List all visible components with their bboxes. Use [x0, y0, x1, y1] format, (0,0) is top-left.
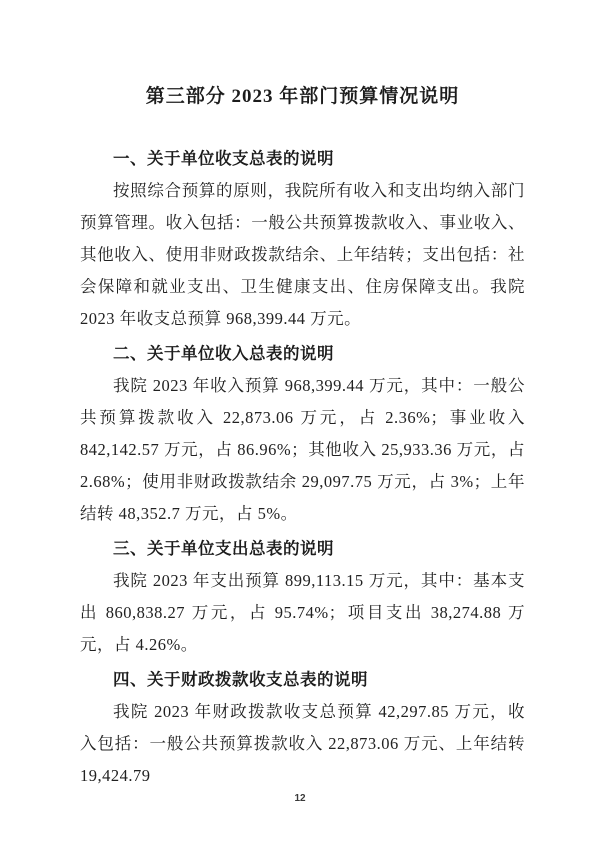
page-number: 12: [0, 793, 600, 804]
section-3-heading: 三、关于单位支出总表的说明: [80, 533, 525, 565]
section-2-paragraph: 我院 2023 年收入预算 968,399.44 万元，其中：一般公共预算拨款收…: [80, 370, 525, 530]
section-4-heading: 四、关于财政拨款收支总表的说明: [80, 664, 525, 696]
document-content: 第三部分 2023 年部门预算情况说明 一、关于单位收支总表的说明 按照综合预算…: [80, 0, 525, 792]
document-page: 第三部分 2023 年部门预算情况说明 一、关于单位收支总表的说明 按照综合预算…: [0, 0, 600, 842]
section-4-paragraph: 我院 2023 年财政拨款收支总预算 42,297.85 万元，收入包括：一般公…: [80, 696, 525, 792]
section-1-paragraph: 按照综合预算的原则，我院所有收入和支出均纳入部门预算管理。收入包括：一般公共预算…: [80, 175, 525, 335]
section-1-heading: 一、关于单位收支总表的说明: [80, 143, 525, 175]
section-expenditure-summary: 三、关于单位支出总表的说明 我院 2023 年支出预算 899,113.15 万…: [80, 533, 525, 661]
section-income-expenditure-summary: 一、关于单位收支总表的说明 按照综合预算的原则，我院所有收入和支出均纳入部门预算…: [80, 143, 525, 335]
section-income-summary: 二、关于单位收入总表的说明 我院 2023 年收入预算 968,399.44 万…: [80, 338, 525, 530]
page-title: 第三部分 2023 年部门预算情况说明: [80, 0, 525, 109]
section-fiscal-appropriation-summary: 四、关于财政拨款收支总表的说明 我院 2023 年财政拨款收支总预算 42,29…: [80, 664, 525, 792]
section-2-heading: 二、关于单位收入总表的说明: [80, 338, 525, 370]
section-3-paragraph: 我院 2023 年支出预算 899,113.15 万元，其中：基本支出 860,…: [80, 565, 525, 661]
